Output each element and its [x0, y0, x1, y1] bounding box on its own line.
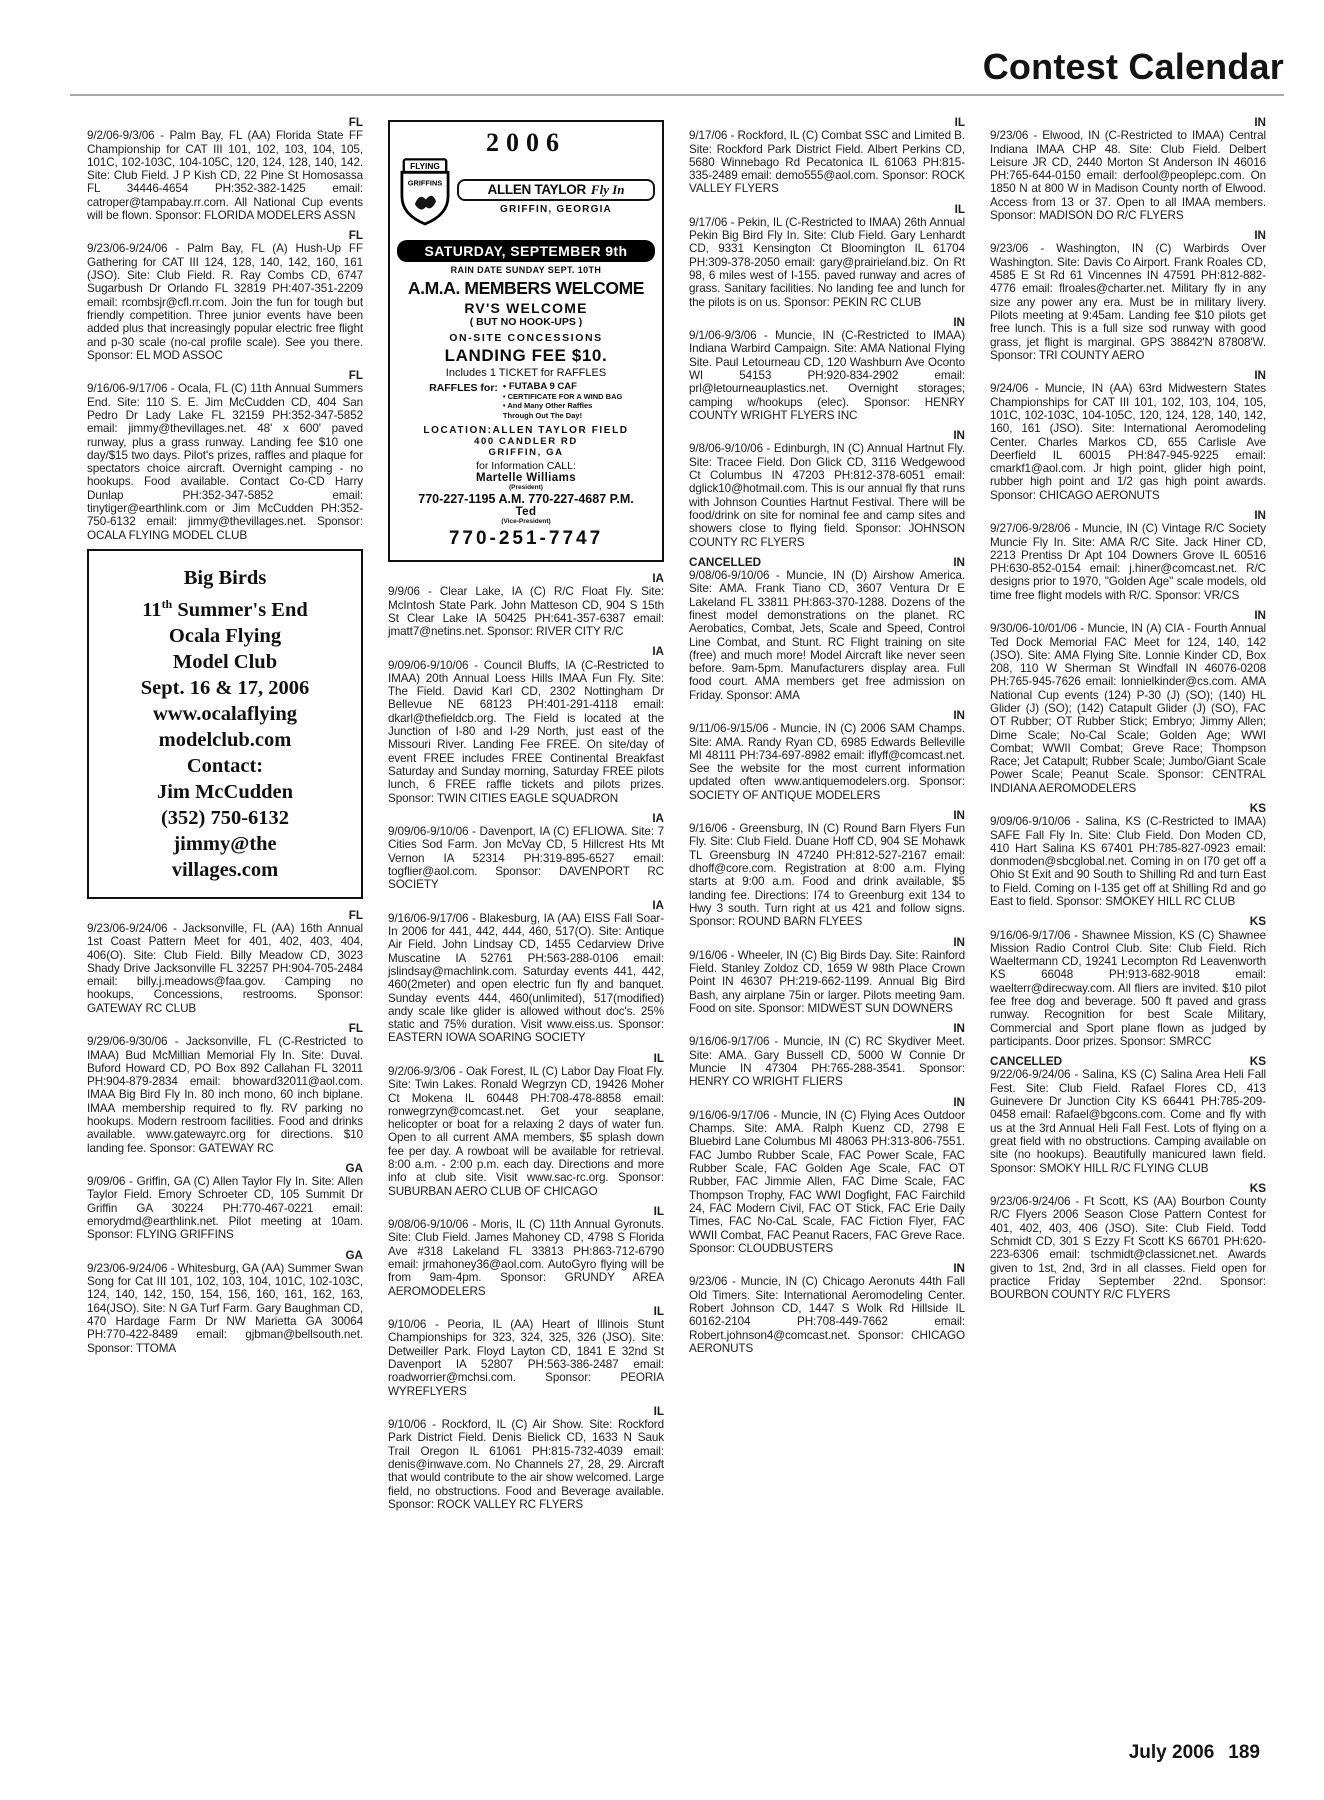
- contest-listing: IA9/9/06 - Clear Lake, IA (C) R/C Float …: [388, 572, 664, 638]
- listing-header: IN: [689, 709, 965, 722]
- column-4: IN9/23/06 - Elwood, IN (C-Restricted to …: [990, 116, 1266, 1518]
- column-1-listings-top: FL9/2/06-9/3/06 - Palm Bay, FL (AA) Flor…: [87, 116, 363, 542]
- contest-listing: IA9/09/06-9/10/06 - Davenport, IA (C) EF…: [388, 812, 664, 892]
- state-label: IN: [1254, 369, 1266, 382]
- listing-header: FL: [87, 229, 363, 242]
- contest-listing: IN9/23/06 - Muncie, IN (C) Chicago Aeron…: [689, 1262, 965, 1355]
- contest-listing: FL9/2/06-9/3/06 - Palm Bay, FL (AA) Flor…: [87, 116, 363, 222]
- contest-listing: IN9/24/06 - Muncie, IN (AA) 63rd Midwest…: [990, 369, 1266, 502]
- state-label: IL: [955, 116, 965, 129]
- event-date-banner: SATURDAY, SEPTEMBER 9th: [397, 240, 655, 262]
- location-label: LOCATION:ALLEN TAYLOR FIELD: [397, 425, 655, 436]
- state-label: IN: [953, 1262, 965, 1275]
- raffle-item: CERTIFICATE FOR A WIND BAG: [503, 392, 623, 402]
- ad-year: 2006: [397, 130, 655, 156]
- listing-text: 9/23/06-9/24/06 - Ft Scott, KS (AA) Bour…: [990, 1195, 1266, 1301]
- contest-listing: CANCELLEDKS9/22/06-9/24/06 - Salina, KS …: [990, 1055, 1266, 1175]
- listing-header: IL: [388, 1305, 664, 1318]
- listing-text: 9/16/06-9/17/06 - Shawnee Mission, KS (C…: [990, 929, 1266, 1049]
- contest-listing: IL9/17/06 - Pekin, IL (C-Restricted to I…: [689, 203, 965, 309]
- state-label: KS: [1250, 802, 1266, 815]
- listing-text: 9/8/06-9/10/06 - Edinburgh, IN (C) Annua…: [689, 442, 965, 548]
- big-birds-ad-line: (352) 750-6132: [93, 805, 357, 831]
- state-label: KS: [1250, 1055, 1266, 1068]
- big-birds-ad-line: www.ocalaflying: [93, 701, 357, 727]
- listing-header: IL: [689, 203, 965, 216]
- ama-welcome-line: A.M.A. MEMBERS WELCOME: [397, 278, 655, 299]
- listing-text: 9/17/06 - Rockford, IL (C) Combat SSC an…: [689, 129, 965, 195]
- state-label: IL: [654, 1305, 664, 1318]
- cancelled-flag: CANCELLED: [990, 1055, 1062, 1068]
- listing-header: FL: [87, 909, 363, 922]
- contest-listing: IN9/8/06-9/10/06 - Edinburgh, IN (C) Ann…: [689, 429, 965, 549]
- cancelled-flag: CANCELLED: [689, 556, 761, 569]
- listing-text: 9/10/06 - Rockford, IL (C) Air Show. Sit…: [388, 1418, 664, 1511]
- listing-header: IN: [689, 936, 965, 949]
- svg-text:GRIFFINS: GRIFFINS: [408, 179, 442, 188]
- contest-listing: KS9/09/06-9/10/06 - Salina, KS (C-Restri…: [990, 802, 1266, 908]
- footer-issue: July 2006: [1129, 1742, 1215, 1763]
- listing-text: 9/08/06-9/10/06 - Muncie, IN (D) Airshow…: [689, 569, 965, 702]
- contest-listing: CANCELLEDIN9/08/06-9/10/06 - Muncie, IN …: [689, 556, 965, 702]
- state-label: IN: [1254, 116, 1266, 129]
- listing-text: 9/2/06-9/3/06 - Palm Bay, FL (AA) Florid…: [87, 129, 363, 222]
- listing-text: 9/16/06-9/17/06 - Ocala, FL (C) 11th Ann…: [87, 382, 363, 542]
- listing-text: 9/23/06 - Washington, IN (C) Warbirds Ov…: [990, 242, 1266, 362]
- listing-header: FL: [87, 1022, 363, 1035]
- ad-header-row: FLYING GRIFFINS ALLEN TAYLOR Fly In GRIF…: [397, 158, 655, 235]
- ad-title: ALLEN TAYLOR: [488, 182, 586, 197]
- listing-header: FL: [87, 369, 363, 382]
- listing-header: IL: [388, 1052, 664, 1065]
- big-birds-ad-line: modelclub.com: [93, 727, 357, 753]
- page-title: Contest Calendar: [70, 46, 1284, 88]
- state-label: IN: [953, 556, 965, 569]
- contest-listing: IN9/16/06-9/17/06 - Muncie, IN (C) RC Sk…: [689, 1022, 965, 1088]
- big-birds-ad-line: Jim McCudden: [93, 779, 357, 805]
- listing-text: 9/16/06 - Wheeler, IN (C) Big Birds Day.…: [689, 949, 965, 1015]
- listing-text: 9/9/06 - Clear Lake, IA (C) R/C Float Fl…: [388, 585, 664, 638]
- raffle-item: And Many Other Raffles Through Out The D…: [503, 401, 623, 420]
- column-2-listings: IA9/9/06 - Clear Lake, IA (C) R/C Float …: [388, 572, 664, 1511]
- listing-text: 9/09/06-9/10/06 - Council Bluffs, IA (C-…: [388, 659, 664, 805]
- info-call-line: for Information CALL:: [397, 460, 655, 472]
- listing-header: IL: [388, 1205, 664, 1218]
- calendar-columns: FL9/2/06-9/3/06 - Palm Bay, FL (AA) Flor…: [87, 116, 1266, 1518]
- contact-president-name: Martelle Williams: [397, 472, 655, 484]
- contest-listing: FL9/23/06-9/24/06 - Palm Bay, FL (A) Hus…: [87, 229, 363, 362]
- raffle-item: FUTABA 9 CAF: [503, 382, 623, 392]
- listing-header: IA: [388, 572, 664, 585]
- state-label: IA: [652, 899, 664, 912]
- state-label: IN: [953, 429, 965, 442]
- listing-header: GA: [87, 1249, 363, 1262]
- contest-listing: FL9/16/06-9/17/06 - Ocala, FL (C) 11th A…: [87, 369, 363, 542]
- ad-title-block: ALLEN TAYLOR Fly In GRIFFIN, GEORGIA: [457, 179, 655, 215]
- contest-listing: IL9/2/06-9/3/06 - Oak Forest, IL (C) Lab…: [388, 1052, 664, 1198]
- contest-listing: IN9/1/06-9/3/06 - Muncie, IN (C-Restrict…: [689, 316, 965, 422]
- contest-listing: GA9/23/06-9/24/06 - Whitesburg, GA (AA) …: [87, 1249, 363, 1355]
- state-label: IL: [955, 203, 965, 216]
- contest-listing: IN9/23/06 - Elwood, IN (C-Restricted to …: [990, 116, 1266, 222]
- listing-text: 9/23/06 - Muncie, IN (C) Chicago Aeronut…: [689, 1275, 965, 1355]
- raffles-label: RAFFLES for:: [429, 382, 498, 420]
- listing-text: 9/09/06 - Griffin, GA (C) Allen Taylor F…: [87, 1175, 363, 1241]
- state-label: KS: [1250, 1182, 1266, 1195]
- listing-header: IN: [689, 1262, 965, 1275]
- listing-text: 9/09/06-9/10/06 - Salina, KS (C-Restrict…: [990, 815, 1266, 908]
- state-label: IN: [953, 1022, 965, 1035]
- rv-welcome-line: RV'S WELCOME: [397, 300, 655, 316]
- listing-header: IL: [689, 116, 965, 129]
- listing-text: 9/2/06-9/3/06 - Oak Forest, IL (C) Labor…: [388, 1065, 664, 1198]
- listing-text: 9/10/06 - Peoria, IL (AA) Heart of Illin…: [388, 1318, 664, 1398]
- state-label: IN: [1254, 509, 1266, 522]
- location-address-2: GRIFFIN, GA: [397, 447, 655, 458]
- contest-listing: FL9/23/06-9/24/06 - Jacksonville, FL (AA…: [87, 909, 363, 1015]
- big-birds-ad-line: Sept. 16 & 17, 2006: [93, 675, 357, 701]
- contest-listing: GA9/09/06 - Griffin, GA (C) Allen Taylor…: [87, 1162, 363, 1242]
- listing-text: 9/08/06-9/10/06 - Moris, IL (C) 11th Ann…: [388, 1218, 664, 1298]
- state-label: GA: [345, 1162, 363, 1175]
- column-1-listings-bottom: FL9/23/06-9/24/06 - Jacksonville, FL (AA…: [87, 909, 363, 1355]
- listing-text: 9/09/06-9/10/06 - Davenport, IA (C) EFLI…: [388, 825, 664, 891]
- listing-header: IN: [689, 1096, 965, 1109]
- header-rule: [70, 94, 1284, 96]
- vp-phone: 770-251-7747: [397, 528, 655, 550]
- ad-title-script: Fly In: [591, 182, 625, 198]
- contest-listing: KS9/16/06-9/17/06 - Shawnee Mission, KS …: [990, 915, 1266, 1048]
- listing-header: CANCELLEDKS: [990, 1055, 1266, 1068]
- state-label: FL: [349, 1022, 363, 1035]
- column-3-listings: IL9/17/06 - Rockford, IL (C) Combat SSC …: [689, 116, 965, 1355]
- listing-header: IN: [990, 509, 1266, 522]
- magazine-page: Contest Calendar FL9/2/06-9/3/06 - Palm …: [0, 0, 1324, 1800]
- column-4-listings: IN9/23/06 - Elwood, IN (C-Restricted to …: [990, 116, 1266, 1301]
- state-label: FL: [349, 909, 363, 922]
- listing-text: 9/30/06-10/01/06 - Muncie, IN (A) CIA - …: [990, 622, 1266, 795]
- no-hookups-line: ( BUT NO HOOK-UPS ): [397, 316, 655, 328]
- raffles-list: FUTABA 9 CAFCERTIFICATE FOR A WIND BAGAn…: [503, 382, 623, 420]
- listing-header: IN: [990, 609, 1266, 622]
- contest-listing: KS9/23/06-9/24/06 - Ft Scott, KS (AA) Bo…: [990, 1182, 1266, 1302]
- concessions-line: ON-SITE CONCESSIONS: [397, 332, 655, 344]
- footer-page-number: 189: [1228, 1742, 1260, 1763]
- contest-listing: IN9/27/06-9/28/06 - Muncie, IN (C) Vinta…: [990, 509, 1266, 602]
- listing-header: IN: [990, 369, 1266, 382]
- page-footer: July 2006189: [1129, 1742, 1260, 1764]
- big-birds-ad-line: jimmy@the: [93, 831, 357, 857]
- listing-header: KS: [990, 1182, 1266, 1195]
- listing-text: 9/17/06 - Pekin, IL (C-Restricted to IMA…: [689, 216, 965, 309]
- state-label: FL: [349, 116, 363, 129]
- state-label: IN: [953, 709, 965, 722]
- flying-griffins-logo: FLYING GRIFFINS: [397, 158, 453, 235]
- listing-header: IA: [388, 645, 664, 658]
- raffle-ticket-line: Includes 1 TICKET for RAFFLES: [397, 367, 655, 379]
- state-label: IL: [654, 1405, 664, 1418]
- contest-listing: IN9/16/06-9/17/06 - Muncie, IN (C) Flyin…: [689, 1096, 965, 1255]
- listing-text: 9/16/06-9/17/06 - Muncie, IN (C) RC Skyd…: [689, 1035, 965, 1088]
- column-1: FL9/2/06-9/3/06 - Palm Bay, FL (AA) Flor…: [87, 116, 363, 1518]
- listing-header: IN: [990, 116, 1266, 129]
- allen-taylor-ad: 2006 FLYING GRIFFINS ALLEN TAYLO: [388, 120, 664, 562]
- state-label: IL: [654, 1205, 664, 1218]
- listing-header: KS: [990, 915, 1266, 928]
- big-birds-ad: Big Birds11th Summer's EndOcala FlyingMo…: [87, 549, 363, 899]
- contest-listing: IL9/08/06-9/10/06 - Moris, IL (C) 11th A…: [388, 1205, 664, 1298]
- contest-listing: IA9/09/06-9/10/06 - Council Bluffs, IA (…: [388, 645, 664, 804]
- listing-header: CANCELLEDIN: [689, 556, 965, 569]
- state-label: IN: [953, 316, 965, 329]
- state-label: IL: [654, 1052, 664, 1065]
- rain-date-line: RAIN DATE SUNDAY SEPT. 10TH: [397, 265, 655, 275]
- listing-text: 9/22/06-9/24/06 - Salina, KS (C) Salina …: [990, 1068, 1266, 1174]
- state-label: GA: [345, 1249, 363, 1262]
- listing-header: IL: [388, 1405, 664, 1418]
- state-label: KS: [1250, 915, 1266, 928]
- column-3: IL9/17/06 - Rockford, IL (C) Combat SSC …: [689, 116, 965, 1518]
- listing-text: 9/16/06-9/17/06 - Muncie, IN (C) Flying …: [689, 1109, 965, 1255]
- contest-listing: IN9/16/06 - Greensburg, IN (C) Round Bar…: [689, 809, 965, 929]
- state-label: IA: [652, 572, 664, 585]
- listing-header: IN: [689, 809, 965, 822]
- state-label: IN: [953, 809, 965, 822]
- listing-text: 9/29/06-9/30/06 - Jacksonville, FL (C-Re…: [87, 1035, 363, 1155]
- listing-text: 9/27/06-9/28/06 - Muncie, IN (C) Vintage…: [990, 522, 1266, 602]
- big-birds-ad-line: Contact:: [93, 753, 357, 779]
- listing-header: IA: [388, 812, 664, 825]
- listing-header: FL: [87, 116, 363, 129]
- listing-header: GA: [87, 1162, 363, 1175]
- listing-text: 9/23/06-9/24/06 - Jacksonville, FL (AA) …: [87, 922, 363, 1015]
- ad-title-strip: ALLEN TAYLOR Fly In: [457, 179, 655, 201]
- state-label: FL: [349, 229, 363, 242]
- state-label: FL: [349, 369, 363, 382]
- listing-header: IA: [388, 899, 664, 912]
- svg-text:FLYING: FLYING: [410, 161, 440, 171]
- big-birds-ad-line: 11th Summer's End: [93, 591, 357, 623]
- contest-listing: IN9/30/06-10/01/06 - Muncie, IN (A) CIA …: [990, 609, 1266, 795]
- contest-listing: IL9/10/06 - Rockford, IL (C) Air Show. S…: [388, 1405, 664, 1511]
- state-label: IN: [1254, 229, 1266, 242]
- listing-header: KS: [990, 802, 1266, 815]
- listing-text: 9/16/06-9/17/06 - Blakesburg, IA (AA) EI…: [388, 912, 664, 1045]
- contest-listing: IA9/16/06-9/17/06 - Blakesburg, IA (AA) …: [388, 899, 664, 1045]
- listing-text: 9/23/06 - Elwood, IN (C-Restricted to IM…: [990, 129, 1266, 222]
- ad-city-line: GRIFFIN, GEORGIA: [457, 204, 655, 215]
- big-birds-ad-line: Big Birds: [93, 565, 357, 591]
- contact-president-title: (President): [397, 484, 655, 491]
- listing-text: 9/11/06-9/15/06 - Muncie, IN (C) 2006 SA…: [689, 722, 965, 802]
- listing-header: IN: [689, 429, 965, 442]
- contest-listing: IN9/11/06-9/15/06 - Muncie, IN (C) 2006 …: [689, 709, 965, 802]
- contact-vp-name: Ted: [397, 506, 655, 518]
- state-label: IN: [1254, 609, 1266, 622]
- state-label: IN: [953, 936, 965, 949]
- listing-header: IN: [689, 316, 965, 329]
- big-birds-ad-line: Ocala Flying: [93, 623, 357, 649]
- state-label: IN: [953, 1096, 965, 1109]
- raffles-block: RAFFLES for: FUTABA 9 CAFCERTIFICATE FOR…: [397, 382, 655, 420]
- contest-listing: IL9/17/06 - Rockford, IL (C) Combat SSC …: [689, 116, 965, 196]
- state-label: IA: [652, 812, 664, 825]
- listing-header: IN: [990, 229, 1266, 242]
- contest-listing: IL9/10/06 - Peoria, IL (AA) Heart of Ill…: [388, 1305, 664, 1398]
- big-birds-ad-line: villages.com: [93, 857, 357, 883]
- listing-text: 9/23/06-9/24/06 - Whitesburg, GA (AA) Su…: [87, 1262, 363, 1355]
- location-address-1: 400 CANDLER RD: [397, 436, 655, 447]
- contest-listing: FL9/29/06-9/30/06 - Jacksonville, FL (C-…: [87, 1022, 363, 1155]
- contact-vp-title: (Vice-President): [397, 518, 655, 525]
- landing-fee-line: LANDING FEE $10.: [397, 346, 655, 366]
- state-label: IA: [652, 645, 664, 658]
- listing-text: 9/24/06 - Muncie, IN (AA) 63rd Midwester…: [990, 382, 1266, 502]
- listing-header: IN: [689, 1022, 965, 1035]
- column-2: 2006 FLYING GRIFFINS ALLEN TAYLO: [388, 116, 664, 1518]
- listing-text: 9/1/06-9/3/06 - Muncie, IN (C-Restricted…: [689, 329, 965, 422]
- listing-text: 9/23/06-9/24/06 - Palm Bay, FL (A) Hush-…: [87, 242, 363, 362]
- contest-listing: IN9/23/06 - Washington, IN (C) Warbirds …: [990, 229, 1266, 362]
- big-birds-ad-line: Model Club: [93, 649, 357, 675]
- contest-listing: IN9/16/06 - Wheeler, IN (C) Big Birds Da…: [689, 936, 965, 1016]
- listing-text: 9/16/06 - Greensburg, IN (C) Round Barn …: [689, 822, 965, 928]
- president-phones: 770-227-1195 A.M. 770-227-4687 P.M.: [397, 492, 655, 506]
